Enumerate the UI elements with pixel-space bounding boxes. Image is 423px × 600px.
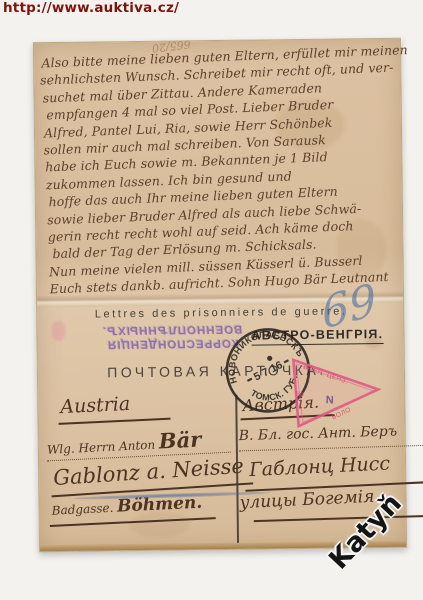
address-town-cyrillic: Габлонц Нисс — [249, 452, 391, 481]
handwritten-message: Also bitte meine lieben guten Eltern, er… — [41, 42, 402, 298]
postmark-ornament — [266, 355, 273, 362]
censor-triangle-stamp: ВОЕН. ЦЕНЗ. 56 ВОЛО N — [284, 344, 383, 436]
postmark-date: 5 7 16 — [252, 359, 285, 383]
dotted-guide-line — [239, 445, 423, 451]
postmark-ornament — [247, 378, 252, 382]
censor-center-mark: N — [325, 394, 333, 406]
censor-number: 56 — [296, 391, 305, 398]
address-country-latin: Austria — [60, 393, 131, 418]
recipient-name: Bär — [158, 427, 202, 454]
pow-stamp-line: ВОЕННОПЛѢННЫХЪ. — [99, 322, 246, 337]
site-url-banner: http://www.auktiva.cz/ — [3, 0, 179, 16]
printed-header-french: Lettres des prisonniers de guerre. — [93, 305, 349, 320]
street-name: Badgasse. — [51, 501, 113, 518]
recipient-prefix: Wlg. Herrn Anton — [47, 438, 156, 457]
red-ink-smudge — [51, 321, 65, 341]
postcard-scan: 665/20 Also bitte meine lieben guten Elt… — [33, 38, 407, 552]
ink-underline — [59, 418, 171, 425]
